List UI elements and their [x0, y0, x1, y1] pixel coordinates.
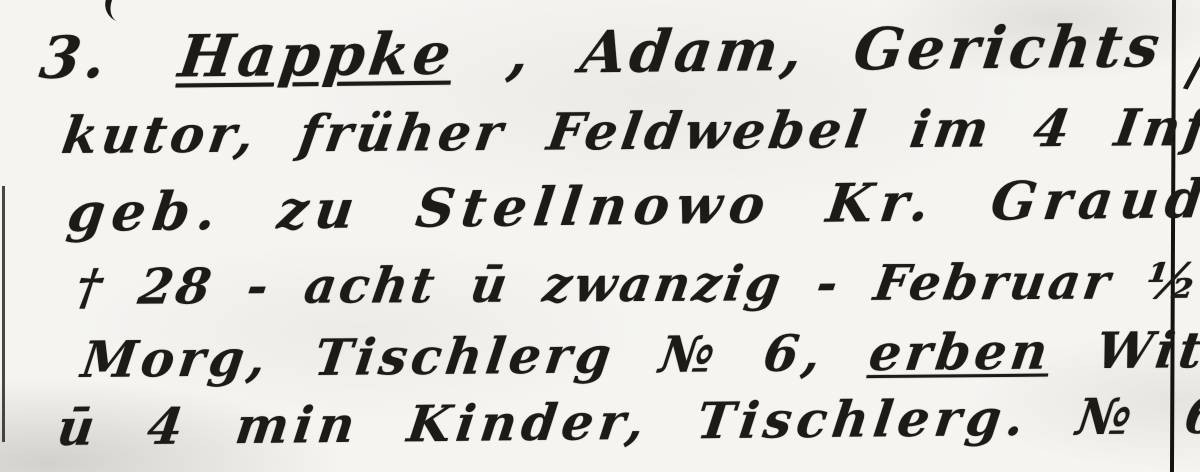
- entry-line-3: geb. zu Stellnowo Kr. Graudenz,: [64, 166, 1200, 244]
- text-segment: Morg, Tischlerg № 6,: [78, 323, 874, 389]
- entry-line-5: Morg, Tischlerg № 6, erben Wittwe u: [78, 318, 1200, 389]
- text-segment: kutor, früher Feldwebel im 4 Inf. Reg,: [58, 97, 1200, 166]
- entry-line-6: ū 4 min Kinder, Tischlerg. № 6.: [54, 386, 1200, 457]
- entry-line-1: 3. Happke , Adam, Gerichts Exe=: [36, 10, 1200, 92]
- left-margin-rule: [2, 186, 5, 442]
- text-segment: † 28 - acht ū zwanzig - Februar ½ 1 N.: [72, 251, 1200, 316]
- entry-line-4: † 28 - acht ū zwanzig - Februar ½ 1 N.: [72, 251, 1200, 316]
- text-segment: geb. zu Stellnowo Kr. Graudenz,: [64, 166, 1200, 244]
- previous-entry-ink-stroke: [101, 0, 130, 23]
- text-segment: ū 4 min Kinder, Tischlerg. № 6.: [54, 386, 1200, 457]
- scanned-register-page: 3. Happke , Adam, Gerichts Exe= kutor, f…: [0, 0, 1200, 472]
- text-segment: , Adam, Gerichts Exe=: [504, 10, 1200, 87]
- entry-number: 3.: [36, 23, 114, 92]
- surname-underlined: Happke: [175, 20, 465, 91]
- heirs-word-underlined: erben: [866, 322, 1055, 383]
- text-segment: Wittwe u: [1093, 318, 1200, 380]
- entry-line-2: kutor, früher Feldwebel im 4 Inf. Reg,: [58, 97, 1200, 166]
